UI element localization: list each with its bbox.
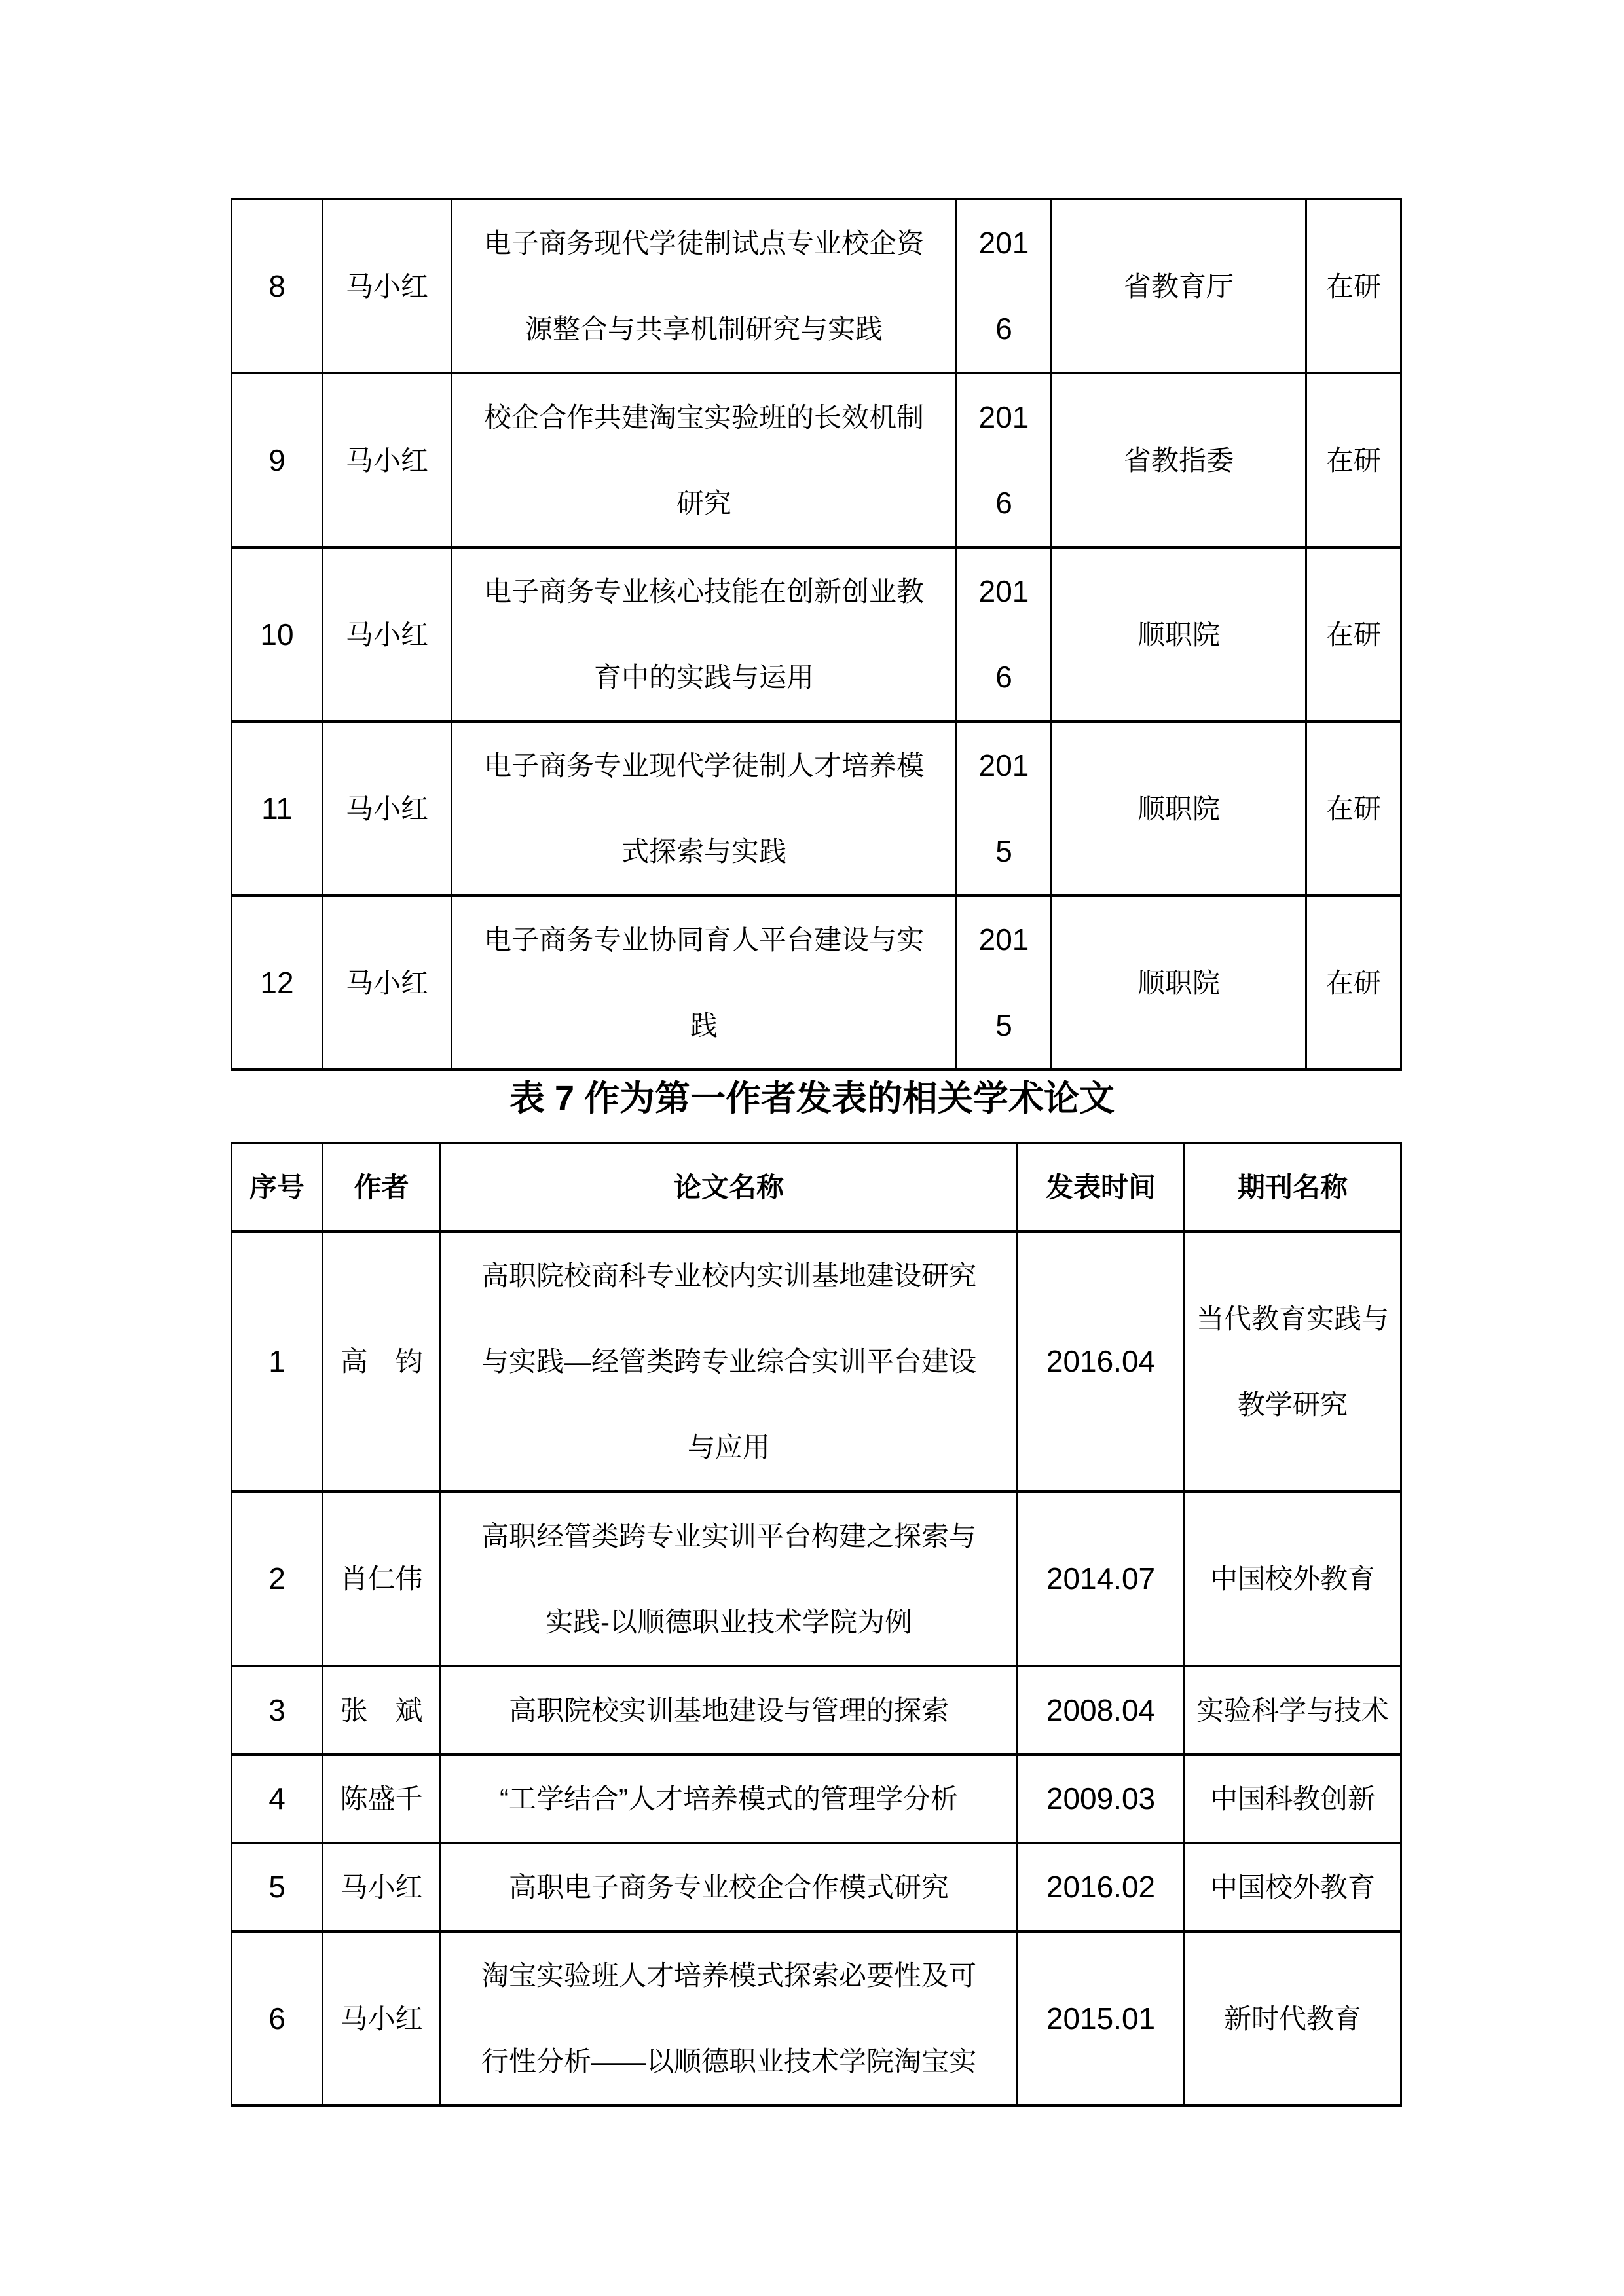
cell-no: 11 xyxy=(232,721,323,896)
header-journal: 期刊名称 xyxy=(1185,1143,1401,1231)
table-row: 6 马小红 淘宝实验班人才培养模式探索必要性及可 行性分析——以顺德职业技术学院… xyxy=(232,1931,1401,2105)
cell-journal: 中国科教创新 xyxy=(1185,1755,1401,1843)
cell-source: 顺职院 xyxy=(1052,896,1306,1070)
cell-author: 陈盛千 xyxy=(323,1755,441,1843)
cell-author: 马小红 xyxy=(323,721,452,896)
cell-year: 201 6 xyxy=(957,547,1052,721)
cell-publish-date: 2014.07 xyxy=(1018,1491,1185,1666)
cell-project-title: 电子商务专业协同育人平台建设与实 践 xyxy=(452,896,957,1070)
cell-project-title: 电子商务专业现代学徒制人才培养模 式探索与实践 xyxy=(452,721,957,896)
cell-source: 顺职院 xyxy=(1052,547,1306,721)
header-no: 序号 xyxy=(232,1143,323,1231)
cell-no: 1 xyxy=(232,1231,323,1491)
table-header-row: 序号 作者 论文名称 发表时间 期刊名称 xyxy=(232,1143,1401,1231)
cell-publish-date: 2015.01 xyxy=(1018,1931,1185,2105)
cell-paper-title: 高职院校实训基地建设与管理的探索 xyxy=(441,1666,1018,1755)
table-row: 4 陈盛千 “工学结合”人才培养模式的管理学分析 2009.03 中国科教创新 xyxy=(232,1755,1401,1843)
cell-no: 10 xyxy=(232,547,323,721)
cell-paper-title: 高职电子商务专业校企合作模式研究 xyxy=(441,1843,1018,1931)
cell-year: 201 5 xyxy=(957,896,1052,1070)
papers-table: 序号 作者 论文名称 发表时间 期刊名称 1 高 钧 高职院校商科专业校内实训基… xyxy=(231,1142,1402,2107)
table-row: 8 马小红 电子商务现代学徒制试点专业校企资 源整合与共享机制研究与实践 201… xyxy=(232,199,1401,373)
cell-no: 9 xyxy=(232,373,323,547)
cell-publish-date: 2009.03 xyxy=(1018,1755,1185,1843)
cell-no: 3 xyxy=(232,1666,323,1755)
cell-source: 省教指委 xyxy=(1052,373,1306,547)
cell-project-title: 电子商务专业核心技能在创新创业教 育中的实践与运用 xyxy=(452,547,957,721)
cell-no: 4 xyxy=(232,1755,323,1843)
cell-status: 在研 xyxy=(1306,547,1401,721)
cell-journal: 中国校外教育 xyxy=(1185,1843,1401,1931)
cell-author: 马小红 xyxy=(323,1843,441,1931)
cell-no: 5 xyxy=(232,1843,323,1931)
cell-source: 顺职院 xyxy=(1052,721,1306,896)
cell-author: 马小红 xyxy=(323,896,452,1070)
cell-year: 201 5 xyxy=(957,721,1052,896)
cell-year: 201 6 xyxy=(957,199,1052,373)
cell-author: 肖仁伟 xyxy=(323,1491,441,1666)
cell-publish-date: 2016.02 xyxy=(1018,1843,1185,1931)
table-row: 2 肖仁伟 高职经管类跨专业实训平台构建之探索与 实践-以顺德职业技术学院为例 … xyxy=(232,1491,1401,1666)
cell-author: 高 钧 xyxy=(323,1231,441,1491)
cell-paper-title: “工学结合”人才培养模式的管理学分析 xyxy=(441,1755,1018,1843)
cell-project-title: 电子商务现代学徒制试点专业校企资 源整合与共享机制研究与实践 xyxy=(452,199,957,373)
cell-project-title: 校企合作共建淘宝实验班的长效机制 研究 xyxy=(452,373,957,547)
cell-no: 6 xyxy=(232,1931,323,2105)
cell-source: 省教育厅 xyxy=(1052,199,1306,373)
cell-author: 张 斌 xyxy=(323,1666,441,1755)
cell-author: 马小红 xyxy=(323,373,452,547)
cell-author: 马小红 xyxy=(323,199,452,373)
projects-table: 8 马小红 电子商务现代学徒制试点专业校企资 源整合与共享机制研究与实践 201… xyxy=(231,198,1402,1071)
table-row: 11 马小红 电子商务专业现代学徒制人才培养模 式探索与实践 201 5 顺职院… xyxy=(232,721,1401,896)
cell-status: 在研 xyxy=(1306,373,1401,547)
table-row: 5 马小红 高职电子商务专业校企合作模式研究 2016.02 中国校外教育 xyxy=(232,1843,1401,1931)
table-row: 12 马小红 电子商务专业协同育人平台建设与实 践 201 5 顺职院 在研 xyxy=(232,896,1401,1070)
cell-no: 8 xyxy=(232,199,323,373)
cell-year: 201 6 xyxy=(957,373,1052,547)
table7-caption: 表 7 作为第一作者发表的相关学术论文 xyxy=(0,1055,1624,1142)
header-paper-title: 论文名称 xyxy=(441,1143,1018,1231)
cell-journal: 新时代教育 xyxy=(1185,1931,1401,2105)
cell-no: 12 xyxy=(232,896,323,1070)
cell-no: 2 xyxy=(232,1491,323,1666)
header-publish-date: 发表时间 xyxy=(1018,1143,1185,1231)
header-author: 作者 xyxy=(323,1143,441,1231)
cell-journal: 当代教育实践与 教学研究 xyxy=(1185,1231,1401,1491)
cell-paper-title: 淘宝实验班人才培养模式探索必要性及可 行性分析——以顺德职业技术学院淘宝实 xyxy=(441,1931,1018,2105)
cell-publish-date: 2008.04 xyxy=(1018,1666,1185,1755)
cell-status: 在研 xyxy=(1306,721,1401,896)
cell-status: 在研 xyxy=(1306,896,1401,1070)
cell-author: 马小红 xyxy=(323,547,452,721)
table-row: 10 马小红 电子商务专业核心技能在创新创业教 育中的实践与运用 201 6 顺… xyxy=(232,547,1401,721)
cell-journal: 中国校外教育 xyxy=(1185,1491,1401,1666)
table-row: 3 张 斌 高职院校实训基地建设与管理的探索 2008.04 实验科学与技术 xyxy=(232,1666,1401,1755)
table-row: 1 高 钧 高职院校商科专业校内实训基地建设研究 与实践—经管类跨专业综合实训平… xyxy=(232,1231,1401,1491)
cell-author: 马小红 xyxy=(323,1931,441,2105)
cell-paper-title: 高职经管类跨专业实训平台构建之探索与 实践-以顺德职业技术学院为例 xyxy=(441,1491,1018,1666)
cell-status: 在研 xyxy=(1306,199,1401,373)
document-page: 8 马小红 电子商务现代学徒制试点专业校企资 源整合与共享机制研究与实践 201… xyxy=(0,0,1624,2296)
table-row: 9 马小红 校企合作共建淘宝实验班的长效机制 研究 201 6 省教指委 在研 xyxy=(232,373,1401,547)
cell-paper-title: 高职院校商科专业校内实训基地建设研究 与实践—经管类跨专业综合实训平台建设 与应… xyxy=(441,1231,1018,1491)
cell-journal: 实验科学与技术 xyxy=(1185,1666,1401,1755)
cell-publish-date: 2016.04 xyxy=(1018,1231,1185,1491)
